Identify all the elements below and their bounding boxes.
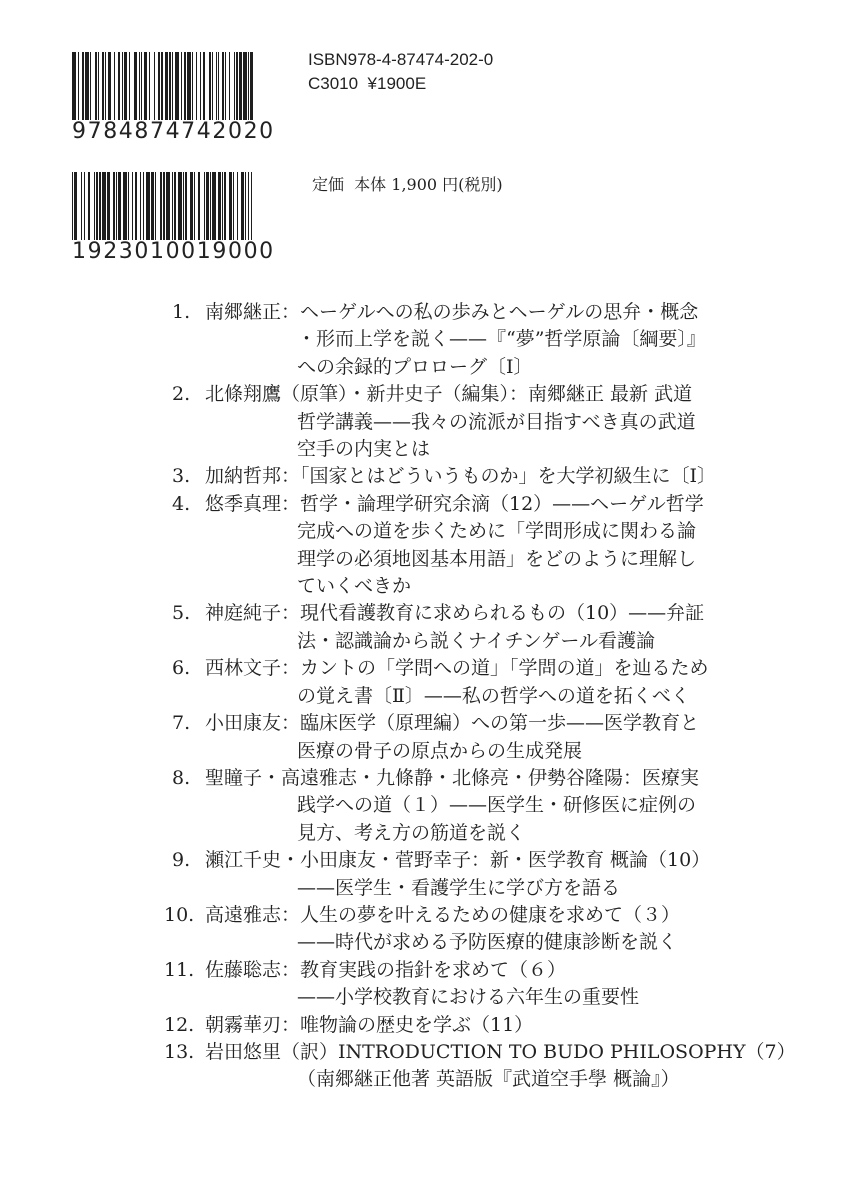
toc-item-line: 哲学講義——我々の流派が目指すべき真の武道 (205, 409, 700, 436)
toc-item-number: 12. (160, 1012, 205, 1039)
toc-item-line: 空手の内実とは (205, 436, 700, 463)
toc-item-line: 神庭純子：現代看護教育に求められるもの（10）——弁証 (205, 600, 704, 627)
toc-item-line: の覚え書〔Ⅱ〕——私の哲学への道を拓くべく (205, 683, 709, 710)
barcode-bar (253, 52, 254, 120)
toc-item-number: 7. (160, 710, 205, 737)
toc-item-line: 聖瞳子・高遠雅志・九條静・北條亮・伊勢谷隆陽：医療実 (205, 765, 700, 792)
toc-item-number: 2. (160, 381, 205, 408)
toc-item-line: 北條翔鷹（原筆）・新井史子（編集）：南郷継正 最新 武道 (205, 381, 700, 408)
toc-item-body: 小田康友：臨床医学（原理編）への第一歩——医学教育と医療の骨子の原点からの生成発… (205, 710, 700, 765)
toc-item-line: 西林文子：カントの「学問への道」「学問の道」を辿るため (205, 655, 709, 682)
toc-item-line: 朝霧華刃：唯物論の歴史を学ぶ（11） (205, 1012, 700, 1039)
toc-item-body: 悠季真理：哲学・論理学研究余滴（12）——ヘーゲル哲学完成への道を歩くために「学… (205, 491, 704, 601)
toc-item-number: 11. (160, 957, 205, 984)
toc-item-line: 佐藤聡志：教育実践の指針を求めて（６） (205, 957, 700, 984)
toc-item-line: への余録的プロローグ〔Ⅰ〕 (205, 354, 706, 381)
toc-item-line: 見方、考え方の筋道を説く (205, 820, 700, 847)
isbn-barcode-digits: 9784874742020 (72, 120, 254, 144)
toc-item-line: （南郷継正他著 英語版『武道空手學 概論』） (205, 1066, 796, 1093)
toc-item-body: 西林文子：カントの「学問への道」「学問の道」を辿るための覚え書〔Ⅱ〕——私の哲学… (205, 655, 709, 710)
classification-code: C3010 ¥1900E (308, 72, 493, 96)
toc-item-line: 高遠雅志：人生の夢を叶えるための健康を求めて（３） (205, 902, 700, 929)
toc-item-body: 佐藤聡志：教育実践の指針を求めて（６）——小学校教育における六年生の重要性 (205, 957, 700, 1012)
isbn-barcode: 9784874742020 (72, 52, 254, 144)
barcode-bar (252, 172, 253, 240)
toc-item-number: 8. (160, 765, 205, 792)
toc-item-number: 4. (160, 491, 205, 518)
toc-item: 13.岩田悠里（訳）INTRODUCTION TO BUDO PHILOSOPH… (160, 1039, 700, 1094)
table-of-contents: 1.南郷継正：ヘーゲルへの私の歩みとヘーゲルの思弁・概念・形而上学を説く——『“… (160, 299, 700, 1094)
toc-item: 11.佐藤聡志：教育実践の指針を求めて（６）——小学校教育における六年生の重要性 (160, 957, 700, 1012)
toc-item: 3.加納哲邦：「国家とはどういうものか」を大学初級生に〔Ⅰ〕 (160, 463, 700, 490)
toc-item-body: 聖瞳子・高遠雅志・九條静・北條亮・伊勢谷隆陽：医療実践学への道（１）——医学生・… (205, 765, 700, 847)
toc-item-number: 1. (160, 299, 205, 326)
toc-item-line: 瀬江千史・小田康友・菅野幸子：新・医学教育 概論（10） (205, 847, 710, 874)
toc-item-number: 10. (160, 902, 205, 929)
toc-item-body: 高遠雅志：人生の夢を叶えるための健康を求めて（３）——時代が求める予防医療的健康… (205, 902, 700, 957)
toc-item-line: 小田康友：臨床医学（原理編）への第一歩——医学教育と (205, 710, 700, 737)
toc-item-line: 南郷継正：ヘーゲルへの私の歩みとヘーゲルの思弁・概念 (205, 299, 706, 326)
toc-item-line: ていくべきか (205, 573, 704, 600)
price-barcode: 1923010019000 (72, 172, 254, 264)
toc-item-line: ——小学校教育における六年生の重要性 (205, 984, 700, 1011)
toc-item: 12.朝霧華刃：唯物論の歴史を学ぶ（11） (160, 1012, 700, 1039)
toc-item: 2.北條翔鷹（原筆）・新井史子（編集）：南郷継正 最新 武道哲学講義——我々の流… (160, 381, 700, 463)
toc-item: 6.西林文子：カントの「学問への道」「学問の道」を辿るための覚え書〔Ⅱ〕——私の… (160, 655, 700, 710)
toc-item: 4.悠季真理：哲学・論理学研究余滴（12）——ヘーゲル哲学完成への道を歩くために… (160, 491, 700, 601)
toc-item-number: 9. (160, 847, 205, 874)
toc-item-line: 医療の骨子の原点からの生成発展 (205, 738, 700, 765)
toc-item: 1.南郷継正：ヘーゲルへの私の歩みとヘーゲルの思弁・概念・形而上学を説く——『“… (160, 299, 700, 381)
toc-item-number: 3. (160, 463, 205, 490)
isbn-info: ISBN978-4-87474-202-0 C3010 ¥1900E (308, 48, 493, 96)
toc-item: 5.神庭純子：現代看護教育に求められるもの（10）——弁証法・認識論から説くナイ… (160, 600, 700, 655)
toc-item-number: 6. (160, 655, 205, 682)
toc-item-body: 神庭純子：現代看護教育に求められるもの（10）——弁証法・認識論から説くナイチン… (205, 600, 704, 655)
toc-item-line: 加納哲邦：「国家とはどういうものか」を大学初級生に〔Ⅰ〕 (205, 463, 716, 490)
toc-item-body: 北條翔鷹（原筆）・新井史子（編集）：南郷継正 最新 武道哲学講義——我々の流派が… (205, 381, 700, 463)
list-price: 定価 本体 1,900 円(税別) (312, 174, 503, 196)
toc-item-body: 岩田悠里（訳）INTRODUCTION TO BUDO PHILOSOPHY（7… (205, 1039, 796, 1094)
toc-item-line: 岩田悠里（訳）INTRODUCTION TO BUDO PHILOSOPHY（7… (205, 1039, 796, 1066)
isbn-barcode-bars (72, 52, 254, 120)
toc-item-line: 践学への道（１）——医学生・研修医に症例の (205, 792, 700, 819)
isbn-number: ISBN978-4-87474-202-0 (308, 48, 493, 72)
toc-item-line: ・形而上学を説く——『“夢”哲学原論〔綱要〕』 (205, 326, 706, 353)
toc-item-line: 悠季真理：哲学・論理学研究余滴（12）——ヘーゲル哲学 (205, 491, 704, 518)
toc-item-body: 瀬江千史・小田康友・菅野幸子：新・医学教育 概論（10）——医学生・看護学生に学… (205, 847, 710, 902)
toc-item-number: 13. (160, 1039, 205, 1066)
toc-item-line: 理学の必須地図基本用語」をどのように理解し (205, 546, 704, 573)
toc-item: 10.高遠雅志：人生の夢を叶えるための健康を求めて（３）——時代が求める予防医療… (160, 902, 700, 957)
toc-item: 9.瀬江千史・小田康友・菅野幸子：新・医学教育 概論（10）——医学生・看護学生… (160, 847, 700, 902)
toc-item-body: 南郷継正：ヘーゲルへの私の歩みとヘーゲルの思弁・概念・形而上学を説く——『“夢”… (205, 299, 706, 381)
toc-item-line: ——時代が求める予防医療的健康診断を説く (205, 929, 700, 956)
toc-item-line: 完成への道を歩くために「学問形成に関わる論 (205, 518, 704, 545)
toc-item-body: 朝霧華刃：唯物論の歴史を学ぶ（11） (205, 1012, 700, 1039)
toc-item: 8.聖瞳子・高遠雅志・九條静・北條亮・伊勢谷隆陽：医療実践学への道（１）——医学… (160, 765, 700, 847)
price-barcode-bars (72, 172, 254, 240)
toc-item-body: 加納哲邦：「国家とはどういうものか」を大学初級生に〔Ⅰ〕 (205, 463, 716, 490)
toc-item: 7.小田康友：臨床医学（原理編）への第一歩——医学教育と医療の骨子の原点からの生… (160, 710, 700, 765)
price-barcode-digits: 1923010019000 (72, 240, 254, 264)
toc-item-line: 法・認識論から説くナイチンゲール看護論 (205, 628, 704, 655)
toc-item-line: ——医学生・看護学生に学び方を語る (205, 875, 710, 902)
toc-item-number: 5. (160, 600, 205, 627)
